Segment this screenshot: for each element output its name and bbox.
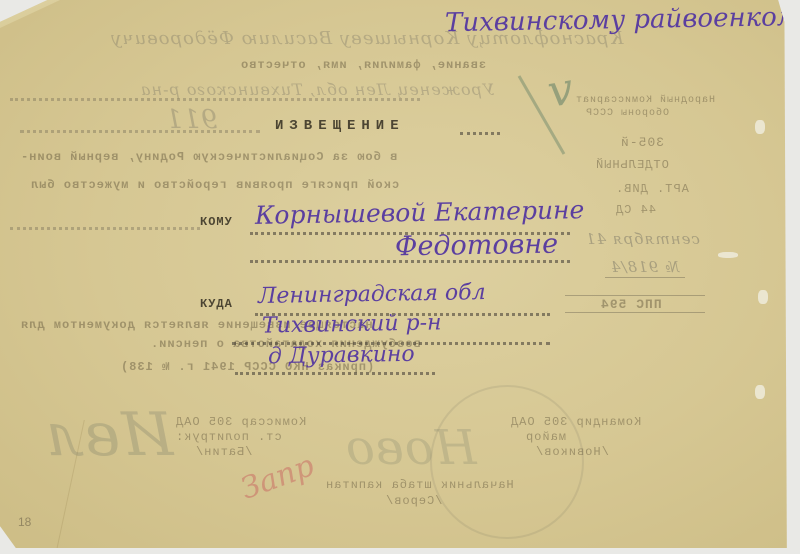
bleed-signature-name: /Серов/ <box>385 494 442 508</box>
document-paper: Краснофлотцу Корнышеву Василию Фёдорович… <box>0 0 790 548</box>
bleed-stamp-line: ОТДЕЛЬНЫЙ <box>595 158 669 172</box>
dotted-line-faint <box>10 227 200 230</box>
bleed-body-line-1: в бою за Социалистическую Родину, верный… <box>20 150 397 164</box>
paper-damage <box>758 290 768 304</box>
stamp-rule <box>605 277 685 278</box>
paper-damage <box>755 120 765 134</box>
address-line-2: Тихвинский р-н <box>262 310 442 338</box>
bleed-birthplace: Уроженец Лен обл, Тихвинского р-на <box>140 80 494 99</box>
address-line-1: Ленинградская обл <box>258 280 486 309</box>
where-dots-3 <box>235 372 435 375</box>
bleed-signature-title: Комиссар 305 ОАД <box>175 415 306 429</box>
bleed-stamp-line: 44 СД <box>615 203 656 217</box>
field-post-rule <box>565 295 705 296</box>
paper-damage <box>755 385 765 399</box>
to-whom-label: КОМУ <box>200 215 233 229</box>
bleed-signature-name: /Батин/ <box>195 445 252 459</box>
bleed-signature-rank: ст. политрук: <box>175 430 282 444</box>
recipient-name-line-1: Корнышевой Екатерине <box>255 195 585 230</box>
paper-damage <box>718 252 738 258</box>
bleed-stamp-number: № 918/4 <box>610 258 679 276</box>
bleed-stamp-line: Обороны СССР <box>585 108 669 119</box>
field-post-rule <box>565 312 705 313</box>
where-label: КУДА <box>200 297 233 311</box>
bleed-stamp-line: 305-й <box>620 135 664 150</box>
notice-title: ИЗВЕЩЕНИЕ <box>275 118 405 134</box>
bleed-field-post: ППС 594 <box>600 297 662 312</box>
recipient-name-line-2: Федотовне <box>395 229 559 263</box>
addressee-header: Тихвинскому райвоенкому <box>445 2 800 38</box>
title-dots <box>460 132 500 135</box>
bleed-signature-scribble: Ивл <box>45 400 173 470</box>
bleed-stamp-date: сентября 41 <box>585 230 700 248</box>
bleed-typed-caption: звание, фамилия, имя, отчество <box>240 58 486 72</box>
green-pencil-mark: v <box>544 63 577 118</box>
corner-number: 18 <box>18 515 31 529</box>
title-dots-faint <box>20 130 260 133</box>
address-line-3: д Дуравкино <box>268 342 415 370</box>
dotted-line-faint <box>10 98 420 101</box>
bleed-stamp-line: АРТ. ДИВ. <box>615 182 689 196</box>
bleed-body-line-2: ской присяге проявив геройство и мужеств… <box>30 178 399 192</box>
folded-corner <box>0 0 60 28</box>
bleed-stamp-line: Народный Комиссариат <box>575 95 715 106</box>
bleed-signature-scribble: Ново <box>345 420 477 476</box>
